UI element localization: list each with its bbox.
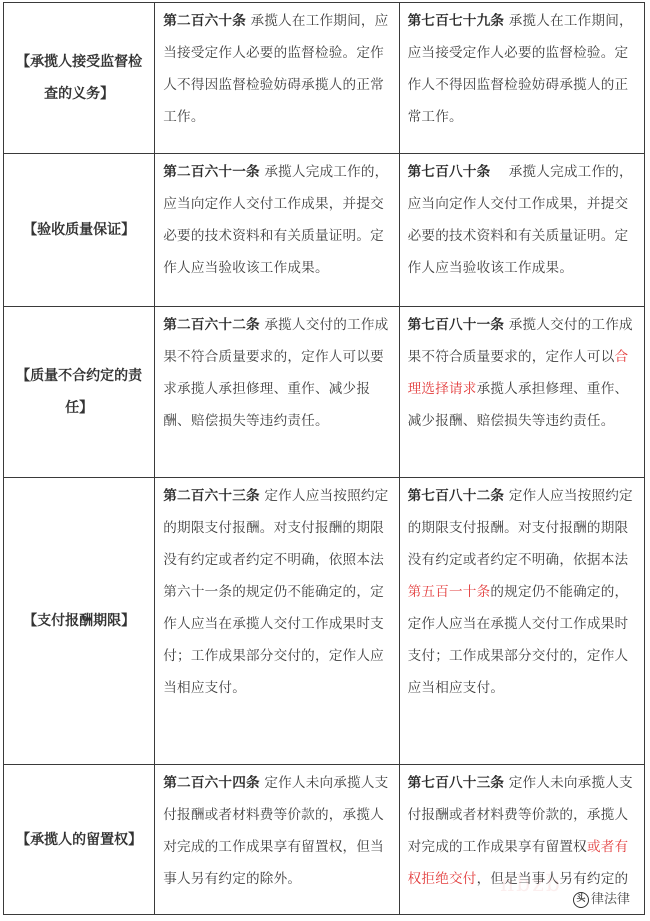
new-article-cell: 第七百八十一条 承揽人交付的工作成果不符合质量要求的，定作人可以合理选择请求承揽… bbox=[399, 307, 644, 478]
article-number: 第七百八十条 bbox=[408, 164, 491, 180]
article-text: 第七百八十二条 定作人应当按照约定的期限支付报酬。对支付报酬的期限没有约定或者约… bbox=[408, 478, 638, 704]
article-body-text: 承揽人完成工作的，应当向定作人交付工作成果，并提交必要的技术资料和有关质量证明。… bbox=[163, 164, 388, 276]
article-number: 第二百六十二条 bbox=[163, 317, 260, 333]
topic-cell: 【质量不合约定的责任】 bbox=[4, 307, 155, 478]
new-article-cell: 第七百八十条 承揽人完成工作的，应当向定作人交付工作成果，并提交必要的技术资料和… bbox=[399, 154, 644, 307]
amended-text-highlight: 第五百一十条 bbox=[408, 584, 491, 600]
topic-cell: 【支付报酬期限】 bbox=[4, 478, 155, 765]
article-number: 第二百六十四条 bbox=[163, 775, 260, 791]
table-body: 【承揽人接受监督检查的义务】第二百六十条 承揽人在工作期间，应当接受定作人必要的… bbox=[4, 3, 645, 915]
table-row: 【支付报酬期限】第二百六十三条 定作人应当按照约定的期限支付报酬。对支付报酬的期… bbox=[4, 478, 645, 765]
watermark: 头 律法律 bbox=[571, 891, 632, 909]
table-row: 【质量不合约定的责任】第二百六十二条 承揽人交付的工作成果不符合质量要求的，定作… bbox=[4, 307, 645, 478]
old-article-cell: 第二百六十一条 承揽人完成工作的，应当向定作人交付工作成果，并提交必要的技术资料… bbox=[155, 154, 399, 307]
article-text: 第二百六十条 承揽人在工作期间，应当接受定作人必要的监督检验。定作人不得因监督检… bbox=[163, 3, 392, 133]
article-number: 第七百八十二条 bbox=[408, 488, 505, 504]
article-body-text: 的规定仍不能确定的，定作人应当在承揽人交付工作成果时支付；工作成果部分交付的，定… bbox=[408, 584, 629, 696]
article-text: 第七百七十九条 承揽人在工作期间，应当接受定作人必要的监督检验。定作人不得因监督… bbox=[408, 3, 638, 133]
old-article-cell: 第二百六十二条 承揽人交付的工作成果不符合质量要求的，定作人可以要求承揽人承担修… bbox=[155, 307, 399, 478]
law-comparison-table: 【承揽人接受监督检查的义务】第二百六十条 承揽人在工作期间，应当接受定作人必要的… bbox=[3, 2, 645, 915]
article-text: 第七百八十条 承揽人完成工作的，应当向定作人交付工作成果，并提交必要的技术资料和… bbox=[408, 154, 638, 284]
article-body-text: 承揽人在工作期间，应当接受定作人必要的监督检验。定作人不得因监督检验妨碍承揽人的… bbox=[408, 13, 633, 125]
topic-cell: 【承揽人接受监督检查的义务】 bbox=[4, 3, 155, 154]
new-article-cell: 第七百八十二条 定作人应当按照约定的期限支付报酬。对支付报酬的期限没有约定或者约… bbox=[399, 478, 644, 765]
article-body-text: 定作人未向承揽人支付报酬或者材料费等价款的，承揽人对完成的工作成果享有留置权，但… bbox=[163, 775, 388, 887]
watermark-logo-icon: 头 bbox=[573, 892, 589, 908]
topic-cell: 【承揽人的留置权】 bbox=[4, 765, 155, 915]
old-article-cell: 第二百六十三条 定作人应当按照约定的期限支付报酬。对支付报酬的期限没有约定或者约… bbox=[155, 478, 399, 765]
article-number: 第七百八十三条 bbox=[408, 775, 505, 791]
old-article-cell: 第二百六十四条 定作人未向承揽人支付报酬或者材料费等价款的，承揽人对完成的工作成… bbox=[155, 765, 399, 915]
article-number: 第七百八十一条 bbox=[408, 317, 505, 333]
article-text: 第七百八十一条 承揽人交付的工作成果不符合质量要求的，定作人可以合理选择请求承揽… bbox=[408, 307, 638, 437]
article-text: 第二百六十三条 定作人应当按照约定的期限支付报酬。对支付报酬的期限没有约定或者约… bbox=[163, 478, 392, 704]
topic-cell: 【验收质量保证】 bbox=[4, 154, 155, 307]
table-row: 【承揽人接受监督检查的义务】第二百六十条 承揽人在工作期间，应当接受定作人必要的… bbox=[4, 3, 645, 154]
article-number: 第七百七十九条 bbox=[408, 13, 505, 29]
article-text: 第二百六十一条 承揽人完成工作的，应当向定作人交付工作成果，并提交必要的技术资料… bbox=[163, 154, 392, 284]
new-article-cell: 第七百七十九条 承揽人在工作期间，应当接受定作人必要的监督检验。定作人不得因监督… bbox=[399, 3, 644, 154]
article-text: 第二百六十二条 承揽人交付的工作成果不符合质量要求的，定作人可以要求承揽人承担修… bbox=[163, 307, 392, 437]
article-body-text: ，但是当事人另有约定的 bbox=[477, 871, 629, 887]
article-number: 第二百六十条 bbox=[163, 13, 246, 29]
article-body-text: 定作人应当按照约定的期限支付报酬。对支付报酬的期限没有约定或者约定不明确，依照本… bbox=[163, 488, 388, 696]
article-body-text: 承揽人交付的工作成果不符合质量要求的，定作人可以要求承揽人承担修理、重作、减少报… bbox=[163, 317, 388, 429]
article-body-text: 承揽人完成工作的，应当向定作人交付工作成果，并提交必要的技术资料和有关质量证明。… bbox=[408, 164, 633, 276]
article-text: 第七百八十三条 定作人未向承揽人支付报酬或者材料费等价款的，承揽人对完成的工作成… bbox=[408, 765, 638, 895]
watermark-text: 律法律 bbox=[591, 891, 630, 909]
old-article-cell: 第二百六十条 承揽人在工作期间，应当接受定作人必要的监督检验。定作人不得因监督检… bbox=[155, 3, 399, 154]
table-row: 【验收质量保证】第二百六十一条 承揽人完成工作的，应当向定作人交付工作成果，并提… bbox=[4, 154, 645, 307]
article-body-text: 承揽人在工作期间，应当接受定作人必要的监督检验。定作人不得因监督检验妨碍承揽人的… bbox=[163, 13, 388, 125]
article-text: 第二百六十四条 定作人未向承揽人支付报酬或者材料费等价款的，承揽人对完成的工作成… bbox=[163, 765, 392, 895]
article-number: 第二百六十一条 bbox=[163, 164, 260, 180]
table-row: 【承揽人的留置权】第二百六十四条 定作人未向承揽人支付报酬或者材料费等价款的，承… bbox=[4, 765, 645, 915]
article-number: 第二百六十三条 bbox=[163, 488, 260, 504]
